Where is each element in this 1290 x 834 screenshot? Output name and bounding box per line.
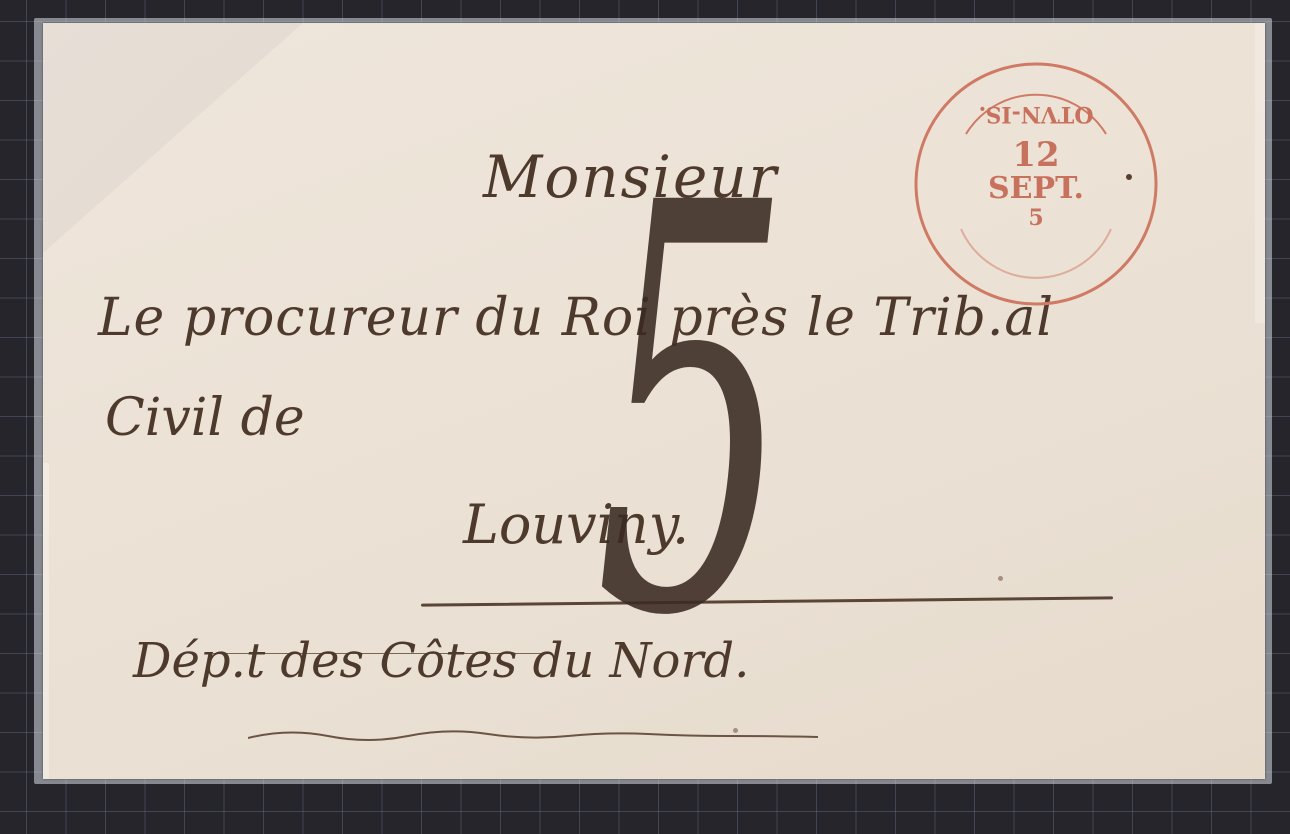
postmark-numeral: 5 (1028, 205, 1043, 231)
red-datestamp-postmark: OTVN-IS. 12 SEPT. 5 (911, 59, 1161, 309)
ink-spot (998, 576, 1003, 581)
postmark-day: 12 (1012, 137, 1059, 173)
left-fold-edge (43, 463, 49, 779)
manuscript-rate-marking: 5 (595, 133, 791, 693)
postmark-date: 12 SEPT. 5 (911, 59, 1161, 309)
letter-cover: Monsieur Le procureur du Roi près le Tri… (43, 23, 1265, 779)
right-fold-edge (1255, 23, 1265, 323)
address-line-court: Civil de (105, 388, 305, 448)
ink-spot (733, 728, 738, 733)
postmark-month: SEPT. (988, 173, 1084, 205)
folded-flap (43, 23, 303, 253)
